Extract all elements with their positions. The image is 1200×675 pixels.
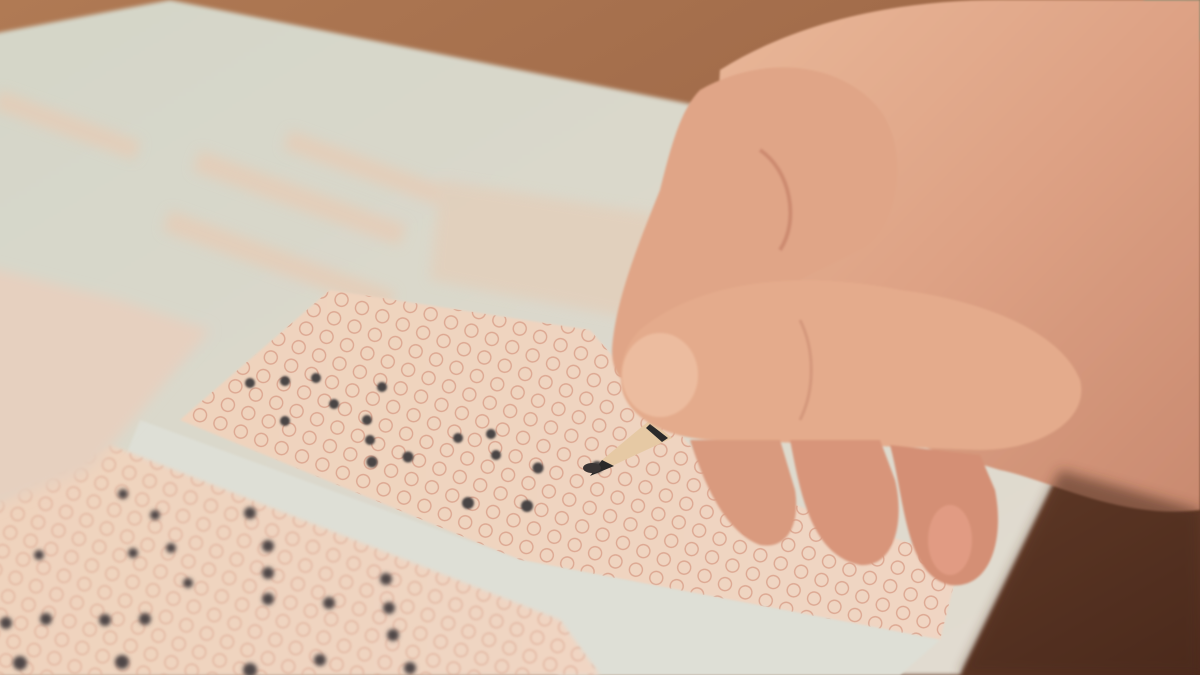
answer-sheet-photo <box>0 0 1200 675</box>
photo-scene <box>0 0 1200 675</box>
